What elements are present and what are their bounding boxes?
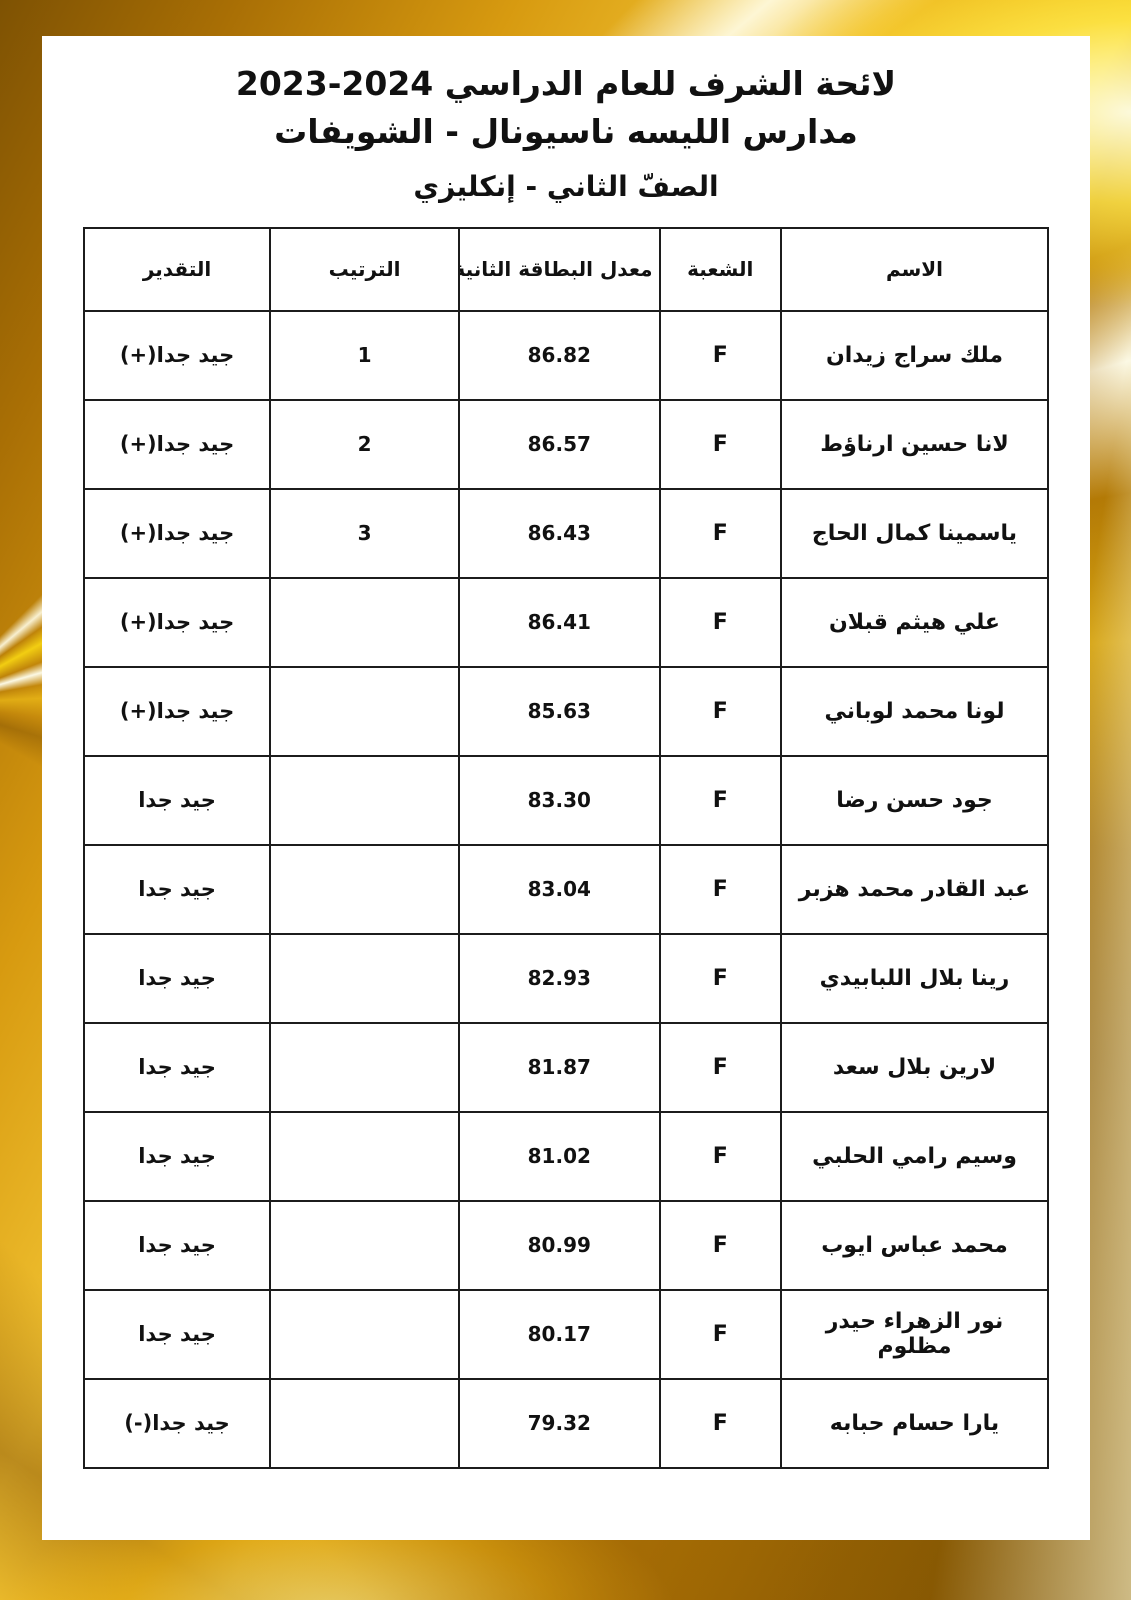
- student-name-cell: لانا حسين ارناؤط: [781, 400, 1048, 489]
- class-subtitle: الصفّ الثاني - إنكليزي: [42, 170, 1090, 203]
- section-cell: F: [660, 845, 781, 934]
- header-grade: التقدير: [84, 228, 270, 311]
- rank-cell: [270, 934, 459, 1023]
- grade-cell: جيد جدا: [84, 1290, 270, 1379]
- rank-cell: 1: [270, 311, 459, 400]
- header-average: معدل البطاقة الثانية: [459, 228, 660, 311]
- table-row: لارين بلال سعدF81.87جيد جدا: [84, 1023, 1048, 1112]
- rank-cell: [270, 578, 459, 667]
- rank-cell: 3: [270, 489, 459, 578]
- table-row: رينا بلال اللبابيديF82.93جيد جدا: [84, 934, 1048, 1023]
- grade-cell: جيد جدا(+): [84, 489, 270, 578]
- table-row: علي هيثم قبلانF86.41جيد جدا(+): [84, 578, 1048, 667]
- student-name-cell: ملك سراج زيدان: [781, 311, 1048, 400]
- rank-cell: [270, 1201, 459, 1290]
- grade-cell: جيد جدا: [84, 1201, 270, 1290]
- gold-background: لائحة الشرف للعام الدراسي 2024-2023 مدار…: [0, 0, 1131, 1600]
- grade-cell: جيد جدا: [84, 1112, 270, 1201]
- average-cell: 86.43: [459, 489, 660, 578]
- grade-cell: جيد جدا: [84, 756, 270, 845]
- student-name-cell: عبد القادر محمد هزبر: [781, 845, 1048, 934]
- grade-cell: جيد جدا(+): [84, 311, 270, 400]
- average-cell: 79.32: [459, 1379, 660, 1468]
- average-cell: 86.41: [459, 578, 660, 667]
- section-cell: F: [660, 934, 781, 1023]
- student-name-cell: يارا حسام حبابه: [781, 1379, 1048, 1468]
- title-line-2: مدارس الليسه ناسيونال - الشويفات: [42, 108, 1090, 156]
- table-row: يارا حسام حبابهF79.32جيد جدا(-): [84, 1379, 1048, 1468]
- section-cell: F: [660, 1379, 781, 1468]
- student-name-cell: ياسمينا كمال الحاج: [781, 489, 1048, 578]
- section-cell: F: [660, 667, 781, 756]
- student-name-cell: رينا بلال اللبابيدي: [781, 934, 1048, 1023]
- average-cell: 81.87: [459, 1023, 660, 1112]
- table-row: محمد عباس ايوبF80.99جيد جدا: [84, 1201, 1048, 1290]
- table-body: ملك سراج زيدانF86.821جيد جدا(+)لانا حسين…: [84, 311, 1048, 1468]
- table-row: جود حسن رضاF83.30جيد جدا: [84, 756, 1048, 845]
- rank-cell: [270, 667, 459, 756]
- table-row: ملك سراج زيدانF86.821جيد جدا(+): [84, 311, 1048, 400]
- honor-roll-table: الاسم الشعبة معدل البطاقة الثانية الترتي…: [83, 227, 1049, 1469]
- student-name-cell: لونا محمد لوباني: [781, 667, 1048, 756]
- average-cell: 83.04: [459, 845, 660, 934]
- student-name-cell: محمد عباس ايوب: [781, 1201, 1048, 1290]
- table-row: وسيم رامي الحلبيF81.02جيد جدا: [84, 1112, 1048, 1201]
- table-row: لونا محمد لوبانيF85.63جيد جدا(+): [84, 667, 1048, 756]
- rank-cell: [270, 1379, 459, 1468]
- student-name-cell: نور الزهراء حيدر مظلوم: [781, 1290, 1048, 1379]
- rank-cell: [270, 756, 459, 845]
- document-page: لائحة الشرف للعام الدراسي 2024-2023 مدار…: [42, 36, 1090, 1540]
- section-cell: F: [660, 756, 781, 845]
- average-cell: 85.63: [459, 667, 660, 756]
- header-row: الاسم الشعبة معدل البطاقة الثانية الترتي…: [84, 228, 1048, 311]
- grade-cell: جيد جدا(-): [84, 1379, 270, 1468]
- section-cell: F: [660, 400, 781, 489]
- section-cell: F: [660, 311, 781, 400]
- table-row: عبد القادر محمد هزبرF83.04جيد جدا: [84, 845, 1048, 934]
- rank-cell: 2: [270, 400, 459, 489]
- average-cell: 86.82: [459, 311, 660, 400]
- document-title: لائحة الشرف للعام الدراسي 2024-2023 مدار…: [42, 36, 1090, 156]
- rank-cell: [270, 845, 459, 934]
- student-name-cell: لارين بلال سعد: [781, 1023, 1048, 1112]
- rank-cell: [270, 1023, 459, 1112]
- student-name-cell: جود حسن رضا: [781, 756, 1048, 845]
- table-header: الاسم الشعبة معدل البطاقة الثانية الترتي…: [84, 228, 1048, 311]
- student-name-cell: وسيم رامي الحلبي: [781, 1112, 1048, 1201]
- section-cell: F: [660, 489, 781, 578]
- grade-cell: جيد جدا(+): [84, 578, 270, 667]
- title-line-1: لائحة الشرف للعام الدراسي 2024-2023: [42, 60, 1090, 108]
- section-cell: F: [660, 1201, 781, 1290]
- average-cell: 86.57: [459, 400, 660, 489]
- average-cell: 80.17: [459, 1290, 660, 1379]
- average-cell: 81.02: [459, 1112, 660, 1201]
- header-rank: الترتيب: [270, 228, 459, 311]
- section-cell: F: [660, 1290, 781, 1379]
- average-cell: 83.30: [459, 756, 660, 845]
- header-name: الاسم: [781, 228, 1048, 311]
- grade-cell: جيد جدا: [84, 1023, 270, 1112]
- section-cell: F: [660, 578, 781, 667]
- rank-cell: [270, 1112, 459, 1201]
- header-section: الشعبة: [660, 228, 781, 311]
- section-cell: F: [660, 1023, 781, 1112]
- grade-cell: جيد جدا: [84, 845, 270, 934]
- student-name-cell: علي هيثم قبلان: [781, 578, 1048, 667]
- grade-cell: جيد جدا(+): [84, 667, 270, 756]
- average-cell: 82.93: [459, 934, 660, 1023]
- rank-cell: [270, 1290, 459, 1379]
- grade-cell: جيد جدا: [84, 934, 270, 1023]
- average-cell: 80.99: [459, 1201, 660, 1290]
- grade-cell: جيد جدا(+): [84, 400, 270, 489]
- table-row: ياسمينا كمال الحاجF86.433جيد جدا(+): [84, 489, 1048, 578]
- table-row: نور الزهراء حيدر مظلومF80.17جيد جدا: [84, 1290, 1048, 1379]
- table-row: لانا حسين ارناؤطF86.572جيد جدا(+): [84, 400, 1048, 489]
- section-cell: F: [660, 1112, 781, 1201]
